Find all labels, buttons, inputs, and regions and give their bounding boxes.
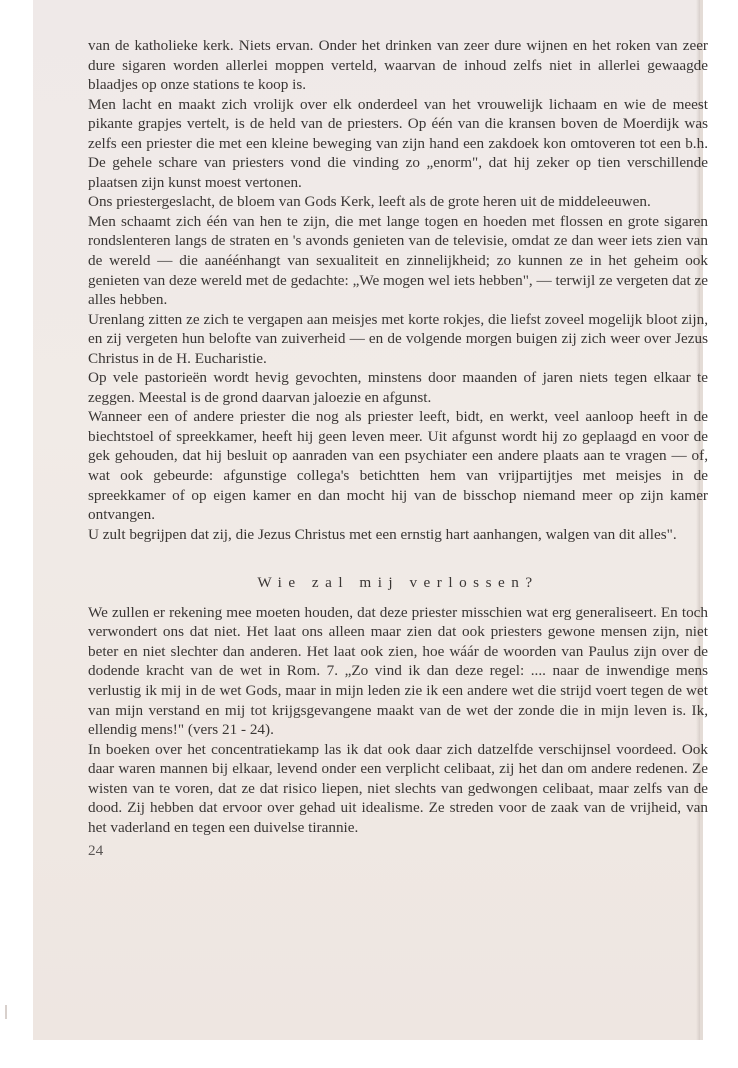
paragraph: U zult begrijpen dat zij, die Jezus Chri… (88, 525, 708, 545)
paragraph: Urenlang zitten ze zich te vergapen aan … (88, 310, 708, 369)
paragraph: In boeken over het concentratiekamp las … (88, 740, 708, 838)
paragraph: van de katholieke kerk. Niets ervan. Ond… (88, 36, 708, 95)
paragraph: Men schaamt zich één van hen te zijn, di… (88, 212, 708, 310)
paragraph: Ons priestergeslacht, de bloem van Gods … (88, 192, 708, 212)
paragraph: Wanneer een of andere priester die nog a… (88, 407, 708, 524)
paragraph: Op vele pastorieën wordt hevig gevochten… (88, 368, 708, 407)
book-page: van de katholieke kerk. Niets ervan. Ond… (33, 0, 703, 1040)
paragraph: We zullen er rekening mee moeten houden,… (88, 603, 708, 740)
paragraph: Men lacht en maakt zich vrolijk over elk… (88, 95, 708, 193)
page-number: 24 (88, 841, 708, 861)
section-heading: Wie zal mij verlossen? (88, 573, 708, 593)
scan-mark (5, 1005, 7, 1019)
page-text: van de katholieke kerk. Niets ervan. Ond… (88, 36, 708, 861)
